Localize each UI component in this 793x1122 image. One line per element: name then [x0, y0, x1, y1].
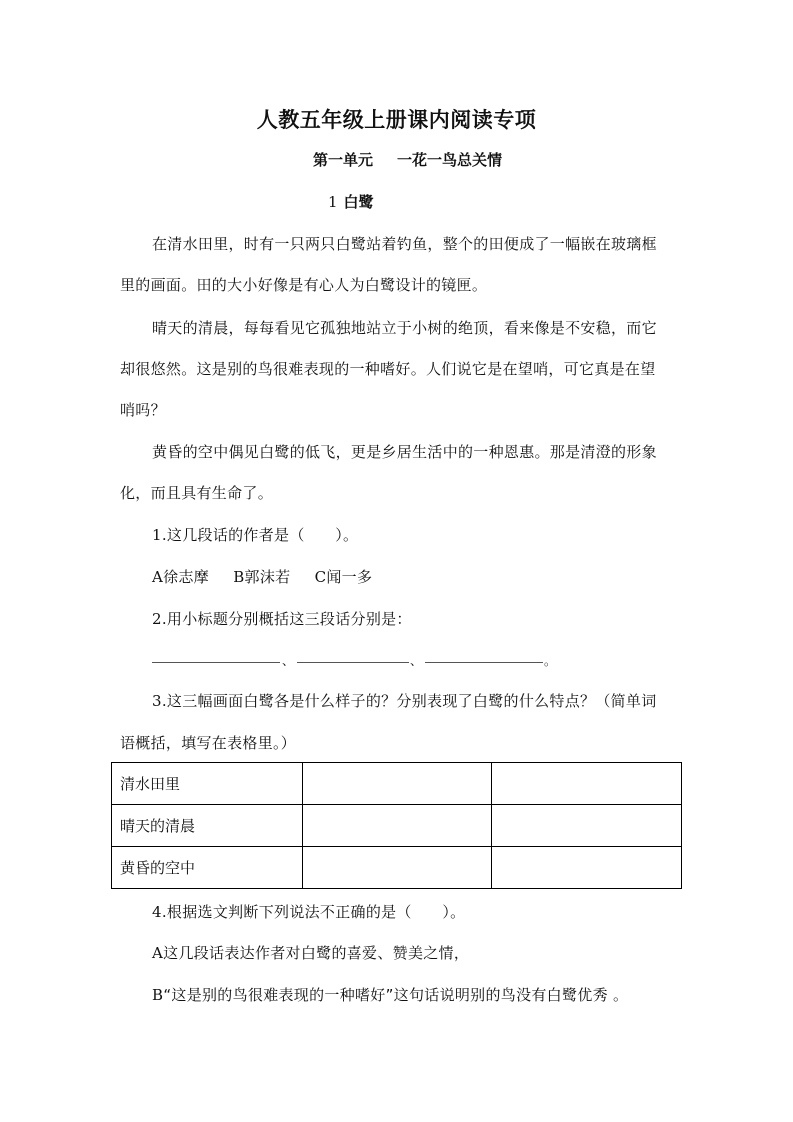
- passage-p3-line1: 黄昏的空中偶见白鹭的低飞，更是乡居生活中的一种恩惠。那是清澄的形象: [152, 441, 657, 462]
- lesson-number: 1: [328, 193, 338, 211]
- blank-end-mark: 。: [544, 652, 556, 669]
- question-4-text: 根据选文判断下列说法不正确的是（ ）。: [167, 903, 466, 921]
- answer-cell[interactable]: [303, 847, 492, 889]
- passage-p3-line2: 化，而且具有生命了。: [120, 482, 273, 503]
- blank-separator-2: 、: [410, 652, 422, 669]
- unit-heading: 第一单元一花一鸟总关情: [313, 149, 502, 170]
- option-b-letter: B: [233, 568, 244, 586]
- answer-cell[interactable]: [303, 805, 492, 847]
- blank-separator-1: 、: [282, 652, 294, 669]
- question-4: 4.根据选文判断下列说法不正确的是（ ）。: [152, 901, 465, 922]
- row-label: 黄昏的空中: [112, 847, 303, 889]
- question-3-line2: 语概括，填写在表格里。）: [120, 732, 296, 753]
- answer-cell[interactable]: [492, 805, 682, 847]
- table-row: 晴天的清晨: [112, 805, 682, 847]
- unit-theme: 一花一鸟总关情: [397, 151, 502, 169]
- option-a-letter: A: [152, 944, 163, 962]
- question-3-line1: 3.这三幅画面白鹭各是什么样子的？分别表现了白鹭的什么特点？（简单词: [152, 690, 657, 711]
- question-1: 1.这几段话的作者是（ ）。: [152, 524, 358, 545]
- passage-p1-line1: 在清水田里，时有一只两只白鹭站着钓鱼，整个的田便成了一幅嵌在玻璃框: [152, 233, 657, 254]
- page-title: 人教五年级上册课内阅读专项: [0, 104, 793, 134]
- question-3-number: 3.: [152, 692, 167, 710]
- question-2-number: 2.: [152, 610, 167, 628]
- option-c-letter: C: [315, 568, 327, 586]
- option-a-letter: A: [152, 568, 163, 586]
- passage-p1-line2: 里的画面。田的大小好像是有心人为白鹭设计的镜匣。: [120, 274, 487, 295]
- answer-blank-3[interactable]: [425, 662, 543, 663]
- question-4-option-a: A这几段话表达作者对白鹭的喜爱、赞美之情，: [152, 942, 469, 963]
- question-1-text: 这几段话的作者是（ ）。: [167, 526, 358, 544]
- question-2-text: 用小标题分别概括这三段话分别是：: [167, 610, 412, 628]
- lesson-name: 白鹭: [344, 193, 374, 211]
- question-4-number: 4.: [152, 903, 167, 921]
- option-a-text: 徐志摩: [163, 568, 209, 586]
- question-1-options: A徐志摩 B郭沫若 C闻一多: [152, 566, 372, 587]
- option-a-text: 这几段话表达作者对白鹭的喜爱、赞美之情，: [163, 944, 469, 962]
- question-2: 2.用小标题分别概括这三段话分别是：: [152, 608, 412, 629]
- answer-table: 清水田里 晴天的清晨 黄昏的空中: [111, 762, 682, 889]
- row-label: 清水田里: [112, 763, 303, 805]
- unit-label: 第一单元: [313, 151, 373, 169]
- question-1-number: 1.: [152, 526, 167, 544]
- lesson-heading: 1白鹭: [328, 191, 374, 212]
- option-c-text: 闻一多: [326, 568, 372, 586]
- answer-cell[interactable]: [303, 763, 492, 805]
- table-row: 黄昏的空中: [112, 847, 682, 889]
- row-label: 晴天的清晨: [112, 805, 303, 847]
- table-row: 清水田里: [112, 763, 682, 805]
- question-4-option-b: B“这是别的鸟很难表现的一种嗜好”这句话说明别的鸟没有白鹭优秀 。: [152, 984, 628, 1005]
- option-b-letter: B: [152, 986, 163, 1004]
- passage-p2-line2: 却很悠然。这是别的鸟很难表现的一种嗜好。人们说它是在望哨，可它真是在望: [120, 358, 656, 379]
- answer-blank-1[interactable]: [152, 662, 280, 663]
- passage-p2-line1: 晴天的清晨，每每看见它孤独地站立于小树的绝顶，看来像是不安稳，而它: [152, 317, 657, 338]
- option-b-text: 郭沫若: [245, 568, 291, 586]
- answer-blank-2[interactable]: [297, 662, 409, 663]
- answer-cell[interactable]: [492, 847, 682, 889]
- question-3-text: 这三幅画面白鹭各是什么样子的？分别表现了白鹭的什么特点？（简单词: [167, 692, 657, 710]
- answer-cell[interactable]: [492, 763, 682, 805]
- passage-p2-line3: 哨吗？: [120, 399, 166, 420]
- option-b-text: “这是别的鸟很难表现的一种嗜好”这句话说明别的鸟没有白鹭优秀 。: [163, 986, 628, 1004]
